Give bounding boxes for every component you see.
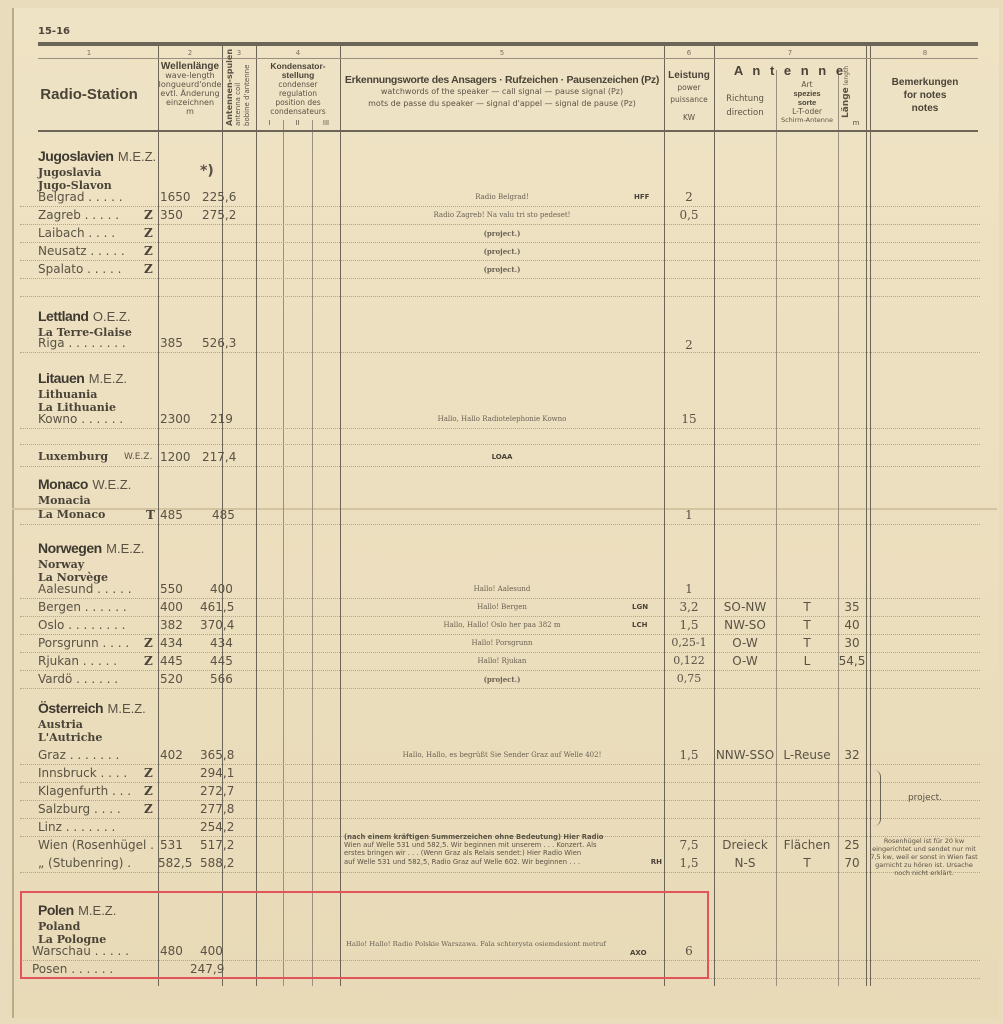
power-kw: 1: [664, 508, 714, 522]
label: Schirm-Antenne: [776, 116, 838, 125]
antenna-type: L: [776, 654, 838, 668]
label: watchwords of the speaker — call signal …: [340, 86, 664, 98]
highlight-box-poland: [20, 891, 709, 979]
call-sign: LGN: [632, 603, 648, 611]
watchword: LOAA: [340, 453, 664, 461]
wavelength-m: 277,8: [200, 802, 234, 816]
country-name: Norwegen: [38, 540, 102, 556]
call-sign: RH: [651, 858, 662, 866]
station-marker: Z: [144, 766, 153, 780]
table-row: Spalato . . . . . Z (project.): [20, 260, 980, 279]
label: longueurd'onde: [158, 80, 222, 89]
table-row: [20, 426, 980, 445]
antenna-direction: SO-NW: [714, 600, 776, 614]
antenna-direction: O-W: [714, 636, 776, 650]
header-watchwords: Erkennungsworte des Ansagers · Rufzeiche…: [340, 74, 664, 110]
label: wave-length: [158, 71, 222, 80]
antenna-length: 32: [838, 748, 866, 762]
country-name: Litauen: [38, 370, 84, 386]
wavelength-m: 365,8: [200, 748, 234, 762]
table-row: Klagenfurth . . . Z 272,7: [20, 782, 980, 801]
power-kw: 3,2: [664, 600, 714, 614]
label: L-T-oder: [776, 107, 838, 116]
header-station-label: Radio-Station: [40, 86, 138, 103]
watchword: Hallo, Hallo, es begrüßt Sie Sender Graz…: [340, 751, 664, 759]
station-name: Belgrad . . . . .: [38, 190, 123, 204]
label: regulation: [256, 89, 340, 98]
country-lithuania: Litauen M.E.Z. Lithuania La Lithuanie: [38, 370, 127, 414]
call-sign: HFF: [634, 193, 649, 201]
label: sorte: [776, 98, 838, 107]
watchword-line: erstes bringen wir . . . (Wenn Graz als …: [344, 849, 662, 857]
table-row: Riga . . . . . . . . 385 526,3 2: [20, 334, 980, 353]
table-row: Innsbruck . . . . Z 294,1: [20, 764, 980, 783]
table-row: Salzburg . . . . Z 277,8: [20, 800, 980, 819]
label: power: [664, 82, 714, 94]
country-name: Monaco: [38, 476, 88, 492]
frequency-khz: 402: [160, 748, 183, 762]
country-name-fr: L'Autriche: [38, 731, 146, 744]
power-kw: 0,122: [664, 654, 714, 667]
header-bottom-rule: [38, 130, 978, 132]
watchword: Hallo! Porsgrunn: [340, 639, 664, 647]
length-unit: m: [846, 119, 866, 127]
station-name: Salzburg . . . .: [38, 802, 121, 816]
table-row: Oslo . . . . . . . . 382 370,4 Hallo, Ha…: [20, 616, 980, 635]
station-marker: Z: [144, 636, 153, 650]
label: Antennen-spulen: [225, 49, 234, 126]
watchword-line: (nach einem kräftigen Summerzeichen ohne…: [344, 833, 662, 841]
station-name: Laibach . . . .: [38, 226, 115, 240]
power-kw: 0,5: [664, 208, 714, 222]
label: position des: [256, 98, 340, 107]
frequency-khz: 550: [160, 582, 183, 596]
remark-wien: Rosenhügel ist für 20 kw eingerichtet un…: [870, 837, 978, 877]
label: Wellenlänge: [158, 62, 222, 71]
wavelength-m: 275,2: [202, 208, 236, 222]
station-name: Neusatz . . . . .: [38, 244, 125, 258]
header-remarks: Bemerkungen for notes notes: [870, 76, 980, 115]
antenna-length: 40: [838, 618, 866, 632]
power-kw: 1,5: [664, 618, 714, 632]
label: bobine d'antenne: [243, 49, 252, 126]
power-kw: 1,5: [664, 748, 714, 762]
station-name: Spalato . . . . .: [38, 262, 121, 276]
table-row: Vardö . . . . . . 520 566 (project.) 0,7…: [20, 670, 980, 689]
power-kw: 0,75: [664, 672, 714, 685]
wavelength-m: 225,6: [202, 190, 236, 204]
watchword: Hallo! Bergen: [340, 603, 664, 611]
header-direction: Richtung direction: [714, 92, 776, 120]
station-name: Rjukan . . . . .: [38, 654, 117, 668]
station-marker: Z: [144, 208, 153, 222]
table-row: Aalesund . . . . . 550 400 Hallo! Aalesu…: [20, 580, 980, 599]
antenna-direction: N-S: [714, 856, 776, 870]
antenna-direction: NNW-SSO: [710, 748, 780, 762]
wavelength-m: 461,5: [200, 600, 234, 614]
wavelength-m: 219: [210, 412, 233, 426]
header-length: Länge length: [842, 66, 851, 118]
station-name: Porsgrunn . . . .: [38, 636, 129, 650]
wavelength-m: 434: [210, 636, 233, 650]
header-wavelength: Wellenlänge wave-length longueurd'onde e…: [158, 62, 222, 116]
watchword: Hallo! Aalesund: [340, 585, 664, 593]
label: A n t e n n e: [734, 63, 846, 78]
power-kw: 0,25-1: [664, 636, 714, 649]
watchword: Hallo! Rjukan: [340, 657, 664, 665]
table-row-luxembourg: Luxemburg W.E.Z. 1200 217,4 LOAA: [20, 448, 980, 467]
wavelength-m: 294,1: [200, 766, 234, 780]
subheader-ii: II: [283, 119, 312, 127]
column-number: 7: [714, 49, 866, 57]
header-rule: [38, 58, 978, 59]
timezone: O.E.Z.: [93, 309, 131, 324]
call-sign: LCH: [632, 621, 647, 629]
frequency-khz: 520: [160, 672, 183, 686]
wavelength-m: 370,4: [200, 618, 234, 632]
station-marker: T: [146, 508, 155, 522]
column-number: 5: [340, 49, 664, 57]
label: Richtung: [714, 92, 776, 106]
station-name: Linz . . . . . . .: [38, 820, 115, 834]
station-name: Kowno . . . . . .: [38, 412, 123, 426]
label: einzeichnen: [158, 98, 222, 107]
frequency-khz: 400: [160, 600, 183, 614]
header-antenna-coil: Antennen-spulen antenna coil bobine d'an…: [225, 49, 252, 126]
country-monaco: Monaco W.E.Z. Monacia: [38, 476, 131, 507]
footnote-mark: *): [200, 163, 214, 179]
country-name-en: Lithuania: [38, 388, 127, 401]
wavelength-m: 588,2: [200, 856, 234, 870]
power-kw: 1,5: [664, 856, 714, 870]
station-name: Zagreb . . . . .: [38, 208, 119, 222]
power-kw: 1: [664, 582, 714, 596]
label: mots de passe du speaker — signal d'appe…: [340, 98, 664, 110]
country-name: Lettland: [38, 308, 88, 324]
country-austria: Österreich M.E.Z. Austria L'Autriche: [38, 700, 146, 744]
frequency-khz: 485: [160, 508, 183, 522]
power-kw: 15: [664, 412, 714, 426]
watchword: (project.): [340, 675, 664, 684]
country-name: Österreich: [38, 700, 103, 716]
frequency-khz: 445: [160, 654, 183, 668]
watchword: (project.): [340, 247, 664, 256]
country-name: Luxemburg: [38, 450, 108, 463]
country-norway: Norwegen M.E.Z. Norway La Norvège: [38, 540, 144, 584]
frequency-khz: 382: [160, 618, 183, 632]
station-marker: Z: [144, 262, 153, 276]
timezone: M.E.Z.: [118, 149, 156, 164]
label: condenser: [256, 80, 340, 89]
station-marker: Z: [144, 244, 153, 258]
antenna-direction: Dreieck: [714, 838, 776, 852]
table-row: Zagreb . . . . . Z 350 275,2 Radio Zagre…: [20, 206, 980, 225]
frequency-khz: 350: [160, 208, 183, 222]
station-name: Wien (Rosenhügel .: [38, 838, 154, 852]
table-row: Laibach . . . . Z (project.): [20, 224, 980, 243]
header-type: Art spezies sorte L-T-oder Schirm-Antenn…: [776, 80, 838, 125]
column-number: 6: [664, 49, 714, 57]
label: direction: [714, 106, 776, 120]
table-row: Bergen . . . . . . 400 461,5 Hallo! Berg…: [20, 598, 980, 617]
column-number: 1: [20, 49, 158, 57]
station-marker: Z: [144, 226, 153, 240]
watchword: (project.): [340, 229, 664, 238]
label: Leistung: [664, 70, 714, 82]
table-row: La Monaco T 485 485 1: [20, 506, 980, 525]
timezone: M.E.Z.: [89, 371, 127, 386]
header-station: Radio-Station: [20, 84, 158, 103]
antenna-type: T: [776, 618, 838, 632]
country-name-en: Jugoslavia: [38, 166, 156, 179]
subheader-iii: III: [312, 119, 340, 127]
antenna-length: 54,5: [838, 654, 866, 668]
label: evtl. Änderung: [158, 89, 222, 98]
antenna-direction: O-W: [714, 654, 776, 668]
power-kw: 2: [664, 338, 714, 352]
table-row: Belgrad . . . . . 1650 225,6 Radio Belgr…: [20, 188, 980, 207]
country-yugoslavia: Jugoslavien M.E.Z. Jugoslavia Jugo-Slavo…: [38, 148, 156, 192]
label: stellung: [256, 71, 340, 80]
watchword: Radio Zagreb! Na valu tri sto pedeset!: [340, 211, 664, 219]
station-name: Graz . . . . . . .: [38, 748, 119, 762]
antenna-type: Flächen: [776, 838, 838, 852]
frequency-khz: 434: [160, 636, 183, 650]
country-name-en: Norway: [38, 558, 144, 571]
label: length: [843, 66, 850, 85]
station-name: Vardö . . . . . .: [38, 672, 118, 686]
wavelength-m: 254,2: [200, 820, 234, 834]
timezone: M.E.Z.: [106, 541, 144, 556]
antenna-type: L-Reuse: [776, 748, 838, 762]
country-name-fr: La Monaco: [38, 508, 105, 521]
frequency-khz: 531: [160, 838, 183, 852]
wavelength-m: 445: [210, 654, 233, 668]
antenna-type: T: [776, 856, 838, 870]
timezone: M.E.Z.: [108, 701, 146, 716]
wavelength-m: 526,3: [202, 336, 236, 350]
country-name: Jugoslavien: [38, 148, 113, 164]
label: Art: [776, 80, 838, 89]
header-condenser: Kondensator- stellung condenser regulati…: [256, 62, 340, 116]
station-marker: Z: [144, 802, 153, 816]
header-power: Leistung power puissance KW: [664, 70, 714, 124]
country-name-en: Austria: [38, 718, 146, 731]
power-kw: 2: [664, 190, 714, 204]
station-name: Oslo . . . . . . . .: [38, 618, 125, 632]
watchword-line: Wien auf Welle 531 und 582,5. Wir beginn…: [344, 841, 662, 849]
label: notes: [870, 102, 980, 115]
frequency-khz: 2300: [160, 412, 191, 426]
table-row: Rjukan . . . . . Z 445 445 Hallo! Rjukan…: [20, 652, 980, 671]
station-name: Innsbruck . . . .: [38, 766, 127, 780]
wavelength-m: 217,4: [202, 450, 236, 464]
label: Bemerkungen: [870, 76, 980, 89]
antenna-type: T: [776, 600, 838, 614]
watchword: Hallo, Hallo Radiotelephonie Kowno: [340, 415, 664, 423]
antenna-length: 35: [838, 600, 866, 614]
wavelength-m: 485: [212, 508, 235, 522]
station-marker: Z: [144, 784, 153, 798]
remark-project: project.: [880, 793, 970, 804]
column-number: 4: [256, 49, 340, 57]
top-rule: [38, 42, 978, 46]
power-kw: 7,5: [664, 838, 714, 852]
station-name: Bergen . . . . . .: [38, 600, 127, 614]
label: Länge: [841, 87, 851, 118]
watchword: (project.): [340, 265, 664, 274]
subheader-i: I: [256, 119, 283, 127]
watchword: Hallo, Hallo! Oslo her paa 382 m: [340, 621, 664, 629]
timezone: W.E.Z.: [92, 477, 131, 492]
frequency-khz: 385: [160, 336, 183, 350]
watchword-line: auf Welle 531 und 582,5, Radio Graz auf …: [344, 858, 580, 866]
timezone: W.E.Z.: [124, 452, 152, 462]
table-row: [20, 278, 980, 297]
antenna-type: T: [776, 636, 838, 650]
column-number: 2: [158, 49, 222, 57]
frequency-khz: 1200: [160, 450, 191, 464]
station-name: Aalesund . . . . .: [38, 582, 132, 596]
antenna-length: 25: [838, 838, 866, 852]
wien-watchword: (nach einem kräftigen Summerzeichen ohne…: [344, 833, 662, 866]
antenna-length: 70: [838, 856, 866, 870]
label: KW: [664, 112, 714, 124]
label: condensateurs: [256, 107, 340, 116]
station-name: Riga . . . . . . . .: [38, 336, 126, 350]
wavelength-m: 272,7: [200, 784, 234, 798]
label: spezies: [776, 89, 838, 98]
table-row: Porsgrunn . . . . Z 434 434 Hallo! Porsg…: [20, 634, 980, 653]
wavelength-m: 400: [210, 582, 233, 596]
station-marker: Z: [144, 654, 153, 668]
antenna-length: 30: [838, 636, 866, 650]
wavelength-m: 517,2: [200, 838, 234, 852]
antenna-direction: NW-SO: [714, 618, 776, 632]
station-name: Klagenfurth . . .: [38, 784, 131, 798]
watchword: Radio Belgrad!: [340, 193, 664, 201]
frequency-khz: 1650: [160, 190, 191, 204]
table-row: Neusatz . . . . . Z (project.): [20, 242, 980, 261]
table-row: Graz . . . . . . . 402 365,8 Hallo, Hall…: [20, 746, 980, 765]
label: antenna coil: [234, 49, 243, 126]
column-number: 8: [870, 49, 980, 57]
page-number: 15-16: [38, 26, 70, 37]
label: m: [158, 107, 222, 116]
frequency-khz: 582,5: [158, 856, 192, 870]
label: for notes: [870, 89, 980, 102]
label: puissance: [664, 94, 714, 106]
label: Erkennungsworte des Ansagers · Rufzeiche…: [340, 74, 664, 86]
wavelength-m: 566: [210, 672, 233, 686]
station-name: „ (Stubenring) .: [38, 856, 131, 870]
